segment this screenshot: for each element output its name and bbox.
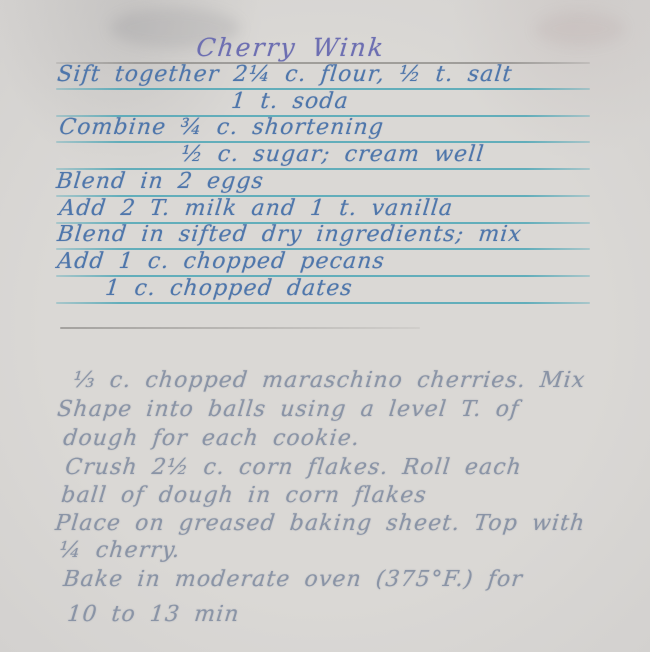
ruled-line [56, 302, 590, 304]
note-line-quarter-cherry: ¼ cherry. [58, 538, 182, 563]
recipe-card-scan: Cherry Wink Sift together 2¼ c. flour, ½… [0, 0, 650, 652]
paper-smudge [535, 12, 625, 46]
recipe-line-shortening: Combine ¾ c. shortening [58, 115, 385, 140]
recipe-line-soda: 1 t. soda [230, 89, 350, 114]
recipe-title: Cherry Wink [195, 33, 387, 62]
recipe-line-flour-salt: Sift together 2¼ c. flour, ½ t. salt [56, 62, 514, 87]
recipe-line-sugar: ½ c. sugar; cream well [180, 142, 486, 167]
note-line-shape-balls: Shape into balls using a level T. of [56, 397, 521, 422]
recipe-line-milk-vanilla: Add 2 T. milk and 1 t. vanilla [58, 196, 454, 221]
note-line-baking-sheet: Place on greased baking sheet. Top with [54, 511, 587, 536]
recipe-line-eggs: Blend in 2 eggs [55, 169, 265, 194]
note-line-bake-time: 10 to 13 min [66, 602, 241, 627]
recipe-line-dry-ingredients: Blend in sifted dry ingredients; mix [56, 222, 523, 247]
recipe-line-pecans: Add 1 c. chopped pecans [56, 249, 386, 274]
ruled-line [60, 327, 420, 329]
note-line-cherries: ⅓ c. chopped maraschino cherries. Mix [72, 368, 587, 393]
note-line-dough-cookie: dough for each cookie. [62, 426, 361, 451]
note-line-roll-ball: ball of dough in corn flakes [60, 483, 428, 508]
recipe-line-dates: 1 c. chopped dates [104, 276, 354, 301]
note-line-corn-flakes: Crush 2½ c. corn flakes. Roll each [64, 455, 523, 480]
note-line-bake-oven: Bake in moderate oven (375°F.) for [62, 567, 524, 592]
